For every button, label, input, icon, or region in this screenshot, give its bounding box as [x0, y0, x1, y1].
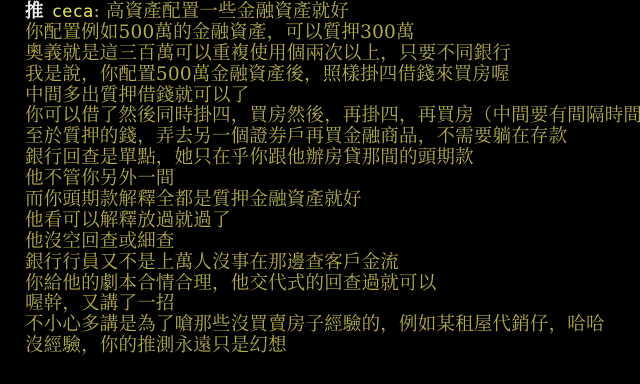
- comment-line: 銀行回查是單點，她只在乎你跟他辦房貸那間的頭期款: [25, 148, 640, 169]
- separator: :: [93, 1, 99, 22]
- comment-line: 沒經驗，你的推測永遠只是幻想: [25, 336, 640, 357]
- bbs-comment-block: 推ceca:高資產配置一些金融資產就好 你配置例如500萬的金融資產，可以質押3…: [25, 2, 640, 357]
- comment-line: 你配置例如500萬的金融資產，可以質押300萬: [25, 23, 640, 44]
- comment-line: 我是說，你配置500萬金融資產後，照樣掛四借錢來買房喔: [25, 65, 640, 86]
- comment-line: 喔幹，又講了一招: [25, 294, 640, 315]
- comment-line: 銀行行員又不是上萬人沒事在那邊查客戶金流: [25, 253, 640, 274]
- comment-line: 中間多出質押借錢就可以了: [25, 86, 640, 107]
- comment-line: 至於質押的錢，弄去另一個證券戶再買金融商品，不需要躺在存款: [25, 127, 640, 148]
- comment-line: 他不管你另外一間: [25, 169, 640, 190]
- comment-line: 他看可以解釋放過就過了: [25, 211, 640, 232]
- comment-line: 你可以借了然後同時掛四，買房然後，再掛四，再買房（中間要有間隔時間: [25, 106, 640, 127]
- comment-line: 不小心多講是為了嗆那些沒買賣房子經驗的，例如某租屋代銷仔，哈哈: [25, 315, 640, 336]
- comment-line: 你給他的劇本合情合理，他交代式的回查過就可以: [25, 274, 640, 295]
- push-tag: 推: [25, 1, 44, 22]
- comment-header-line: 推ceca:高資產配置一些金融資產就好: [25, 2, 640, 23]
- comment-line: 而你頭期款解釋全都是質押金融資產就好: [25, 190, 640, 211]
- comment-line: 他沒空回查或細查: [25, 232, 640, 253]
- comment-text: 高資產配置一些金融資產就好: [106, 1, 349, 22]
- user-id: ceca: [52, 2, 94, 22]
- comment-line: 奧義就是這三百萬可以重複使用個兩次以上，只要不同銀行: [25, 44, 640, 65]
